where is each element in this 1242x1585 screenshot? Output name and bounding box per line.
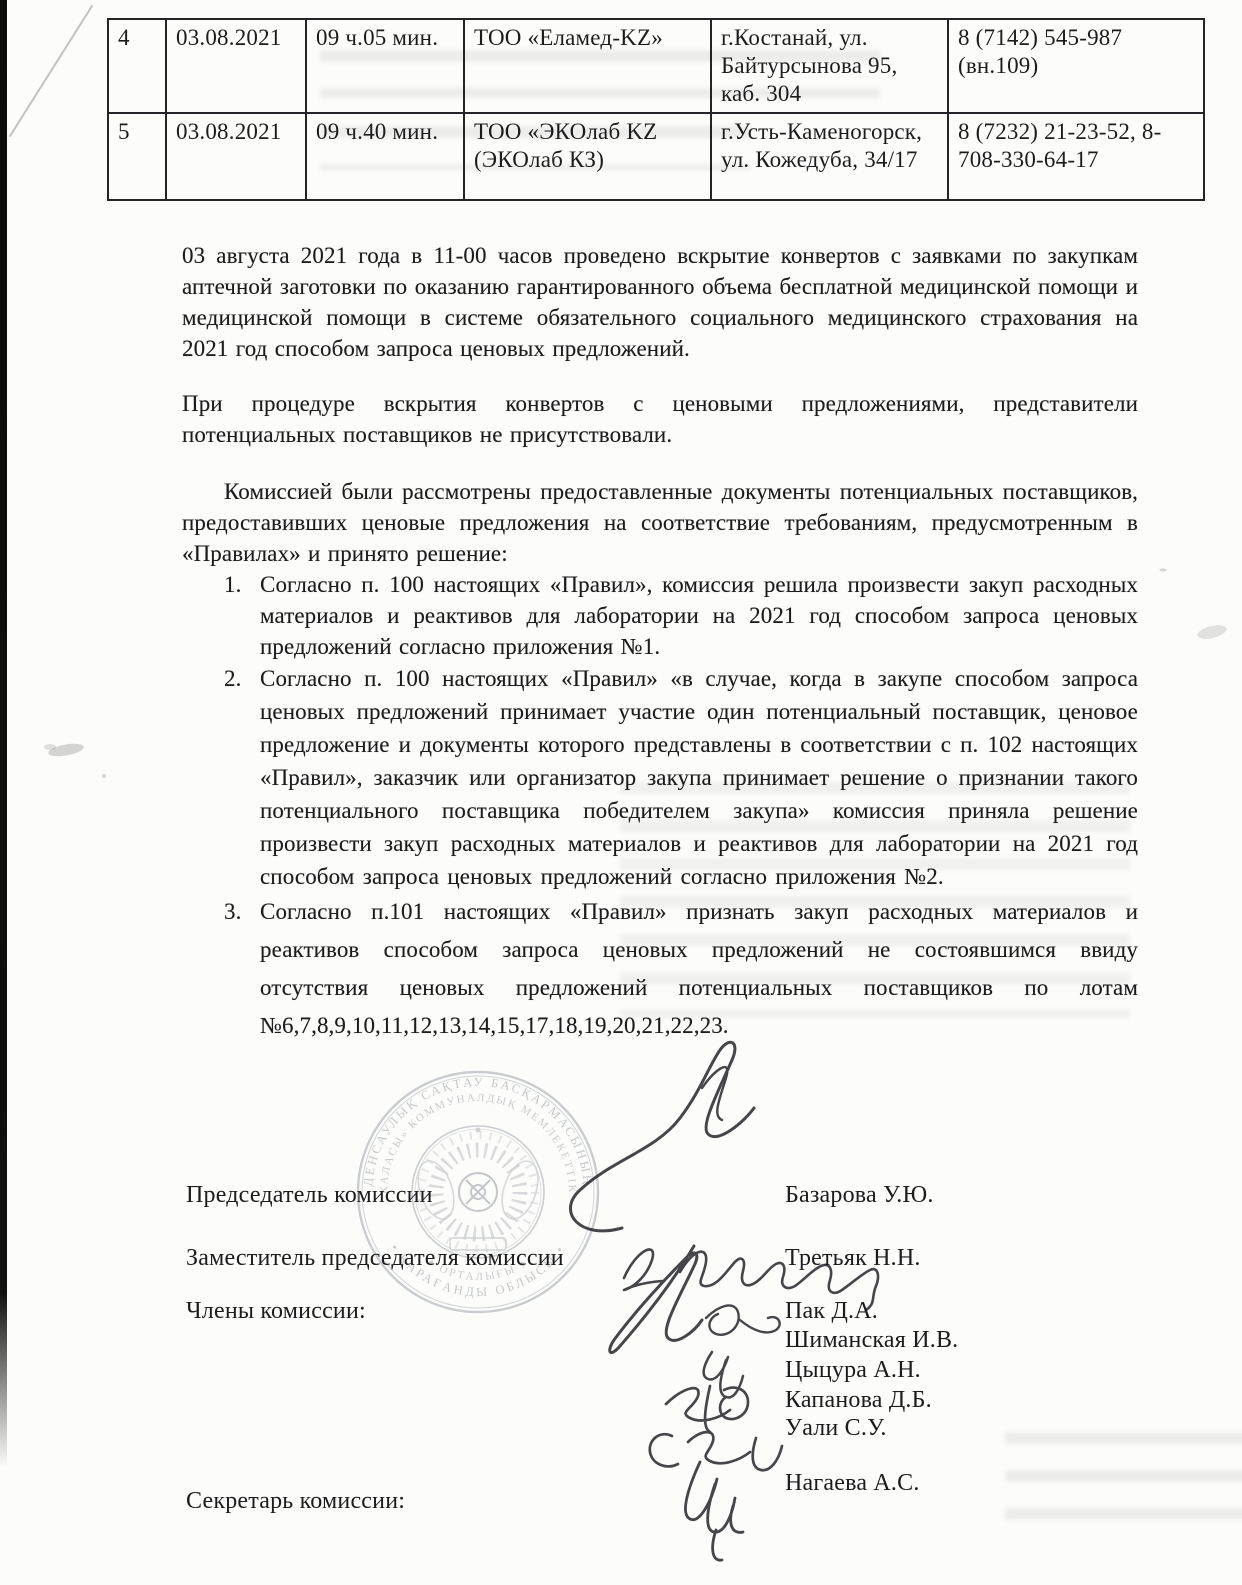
- list-item-text: Согласно п.101 настоящих «Правил» призна…: [260, 893, 1138, 1045]
- cell-row-number: 4: [108, 19, 166, 113]
- scanned-document-page: 4 03.08.2021 09 ч.05 мин. ТОО «Еламед-KZ…: [0, 0, 1242, 1585]
- cell-time: 09 ч.40 мин.: [306, 113, 464, 200]
- list-item-number: 2.: [224, 662, 260, 893]
- table-row: 5 03.08.2021 09 ч.40 мин. ТОО «ЭКОлаб KZ…: [108, 113, 1204, 200]
- cell-supplier: ТОО «ЭКОлаб KZ (ЭКОлаб КЗ): [464, 113, 711, 200]
- list-item-text: Согласно п. 100 настоящих «Правил», коми…: [260, 569, 1138, 662]
- signature-role-label: Члены комиссии:: [186, 1298, 366, 1325]
- list-item: 2. Согласно п. 100 настоящих «Правил» «в…: [182, 662, 1138, 893]
- signature-name: Шиманская И.В.: [785, 1327, 958, 1354]
- seal-ring-text: ДЕНСАУЛЫҚ САҚТАУ БАСҚАРМАСЫНЫҢ: [361, 1075, 595, 1187]
- signature-row: Шиманская И.В.: [0, 1327, 1242, 1357]
- cell-address: г.Костанай, ул. Байтурсынова 95, каб. 30…: [711, 19, 948, 113]
- seal-ring-text: ҚАЛАСЫ» КОММУНАЛДЫҚ МЕМЛЕКЕТТІК: [378, 1092, 578, 1194]
- signature-role-label: Заместитель председателя комиссии: [186, 1245, 564, 1272]
- signature-name: Капанова Д.Б.: [785, 1387, 932, 1414]
- cell-supplier: ТОО «Еламед-KZ»: [464, 19, 711, 113]
- signature-name: Базарова У.Ю.: [785, 1182, 934, 1209]
- cell-row-number: 5: [108, 113, 166, 200]
- signature-name: Уали С.У.: [785, 1415, 887, 1442]
- paragraph-opening-statement: 03 августа 2021 года в 11-00 часов прове…: [182, 240, 1138, 364]
- list-item: 3. Согласно п.101 настоящих «Правил» при…: [182, 893, 1138, 1045]
- signature-role-label: Секретарь комиссии:: [186, 1488, 405, 1515]
- signature-row: Члены комиссии: Пак Д.А.: [0, 1298, 1242, 1328]
- list-item: 1. Согласно п. 100 настоящих «Правил», к…: [182, 569, 1138, 662]
- paragraph-commission-decision: Комиссией были рассмотрены предоставленн…: [182, 476, 1138, 569]
- table-row: 4 03.08.2021 09 ч.05 мин. ТОО «Еламед-KZ…: [108, 19, 1204, 113]
- cell-date: 03.08.2021: [166, 113, 306, 200]
- signature-row: Секретарь комиссии: Нагаева А.С.: [0, 1470, 1242, 1500]
- cell-address: г.Усть-Каменогорск, ул. Кожедуба, 34/17: [711, 113, 948, 200]
- document-body: 03 августа 2021 года в 11-00 часов прове…: [182, 240, 1138, 1045]
- signature-name: Пак Д.А.: [785, 1298, 878, 1325]
- cell-phone: 8 (7142) 545-987 (вн.109): [948, 19, 1204, 113]
- cell-phone: 8 (7232) 21-23-52, 8-708-330-64-17: [948, 113, 1204, 200]
- cell-date: 03.08.2021: [166, 19, 306, 113]
- list-item-number: 3.: [224, 893, 260, 1045]
- list-item-text: Согласно п. 100 настоящих «Правил» «в сл…: [260, 662, 1138, 893]
- signature-name: Третьяк Н.Н.: [785, 1245, 921, 1272]
- crease-line-artifact: [10, 6, 92, 136]
- signature-row: Цыцура А.Н.: [0, 1357, 1242, 1387]
- signature-row: Председатель комиссии Базарова У.Ю.: [0, 1182, 1242, 1212]
- signature-role-label: Председатель комиссии: [186, 1182, 433, 1209]
- emblem-star: [476, 1128, 481, 1133]
- signature-row: Капанова Д.Б.: [0, 1387, 1242, 1417]
- list-item-number: 1.: [224, 569, 260, 662]
- signature-name: Цыцура А.Н.: [785, 1357, 921, 1384]
- suppliers-table: 4 03.08.2021 09 ч.05 мин. ТОО «Еламед-KZ…: [107, 18, 1205, 201]
- signature-name: Нагаева А.С.: [785, 1470, 920, 1497]
- signature-row: Уали С.У.: [0, 1415, 1242, 1445]
- cell-time: 09 ч.05 мин.: [306, 19, 464, 113]
- signature-row: Заместитель председателя комиссии Третья…: [0, 1245, 1242, 1275]
- paragraph-no-representatives: При процедуре вскрытия конвертов с ценов…: [182, 388, 1138, 450]
